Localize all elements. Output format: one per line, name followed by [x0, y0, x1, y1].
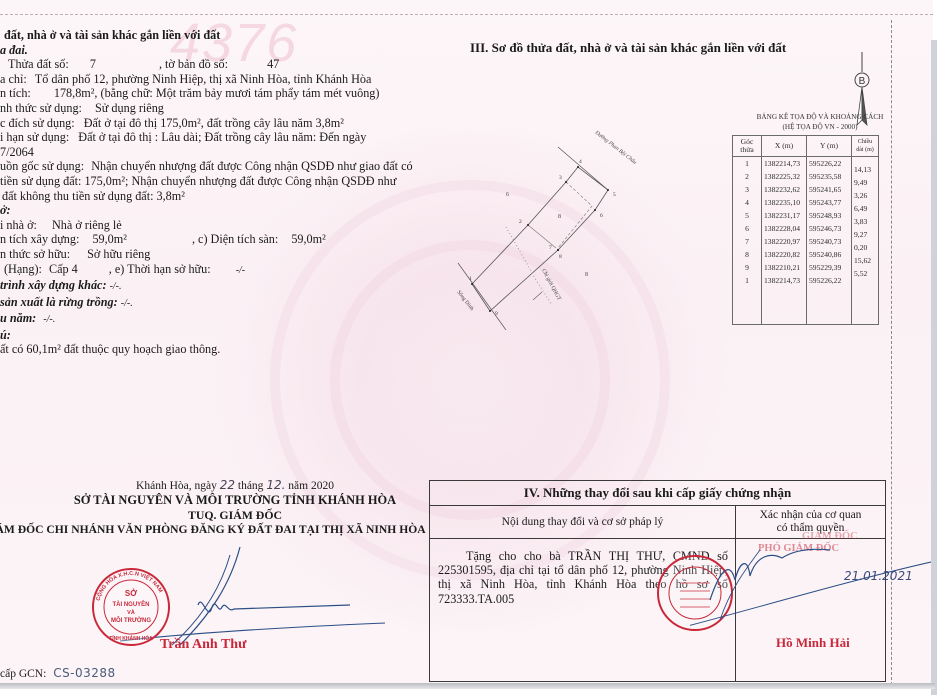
coord-cell-y: 595246,73 — [807, 222, 852, 235]
section-heading: đất, nhà ở và tài sản khác gắn liền với … — [4, 28, 430, 43]
term-row: i hạn sử dụng: Đất ở tại đô thị : Lâu dà… — [0, 130, 430, 145]
coord-cell-y: 595226,22 — [807, 157, 852, 171]
parcel-vertex — [527, 224, 529, 226]
coord-table-row: 61382228,04595246,739,27 — [733, 222, 879, 235]
coord-table-row: 81382220,82595240,8615,62 — [733, 248, 879, 261]
gcn-registry: cấp GCN: CS-03288 — [0, 666, 116, 680]
address-value: Tổ dân phố 12, phường Ninh Hiệp, thị xã … — [35, 72, 372, 86]
coord-cell-y: 595241,65 — [807, 183, 852, 196]
gcn-label: cấp GCN: — [0, 668, 46, 680]
other-construction-label: trình xây dựng khác: — [0, 278, 107, 292]
other-construction-row: trình xây dựng khác: -/-. — [0, 278, 430, 295]
coord-cell-x: 1382228,04 — [762, 222, 807, 235]
map-sheet: 47 — [267, 57, 279, 71]
vertex-label: 5 — [613, 192, 616, 198]
address-label: a chỉ: — [0, 72, 27, 86]
coord-cell-point: 6 — [733, 222, 762, 235]
vertex-label: 2 — [519, 219, 522, 225]
floor-area-value: 59,0m² — [291, 232, 325, 246]
perennial-row: u năm: -/-. — [0, 311, 430, 328]
area-row: n tích: 178,8m², (bằng chữ: Một trăm bảy… — [0, 86, 430, 101]
coord-cell-point: 7 — [733, 235, 762, 248]
coord-cell-x: 1382214,73 — [762, 274, 807, 325]
parcel-center-label: 8 — [558, 214, 561, 220]
coord-cell-point: 3 — [733, 183, 762, 196]
grade-value: Cấp 4 — [49, 262, 78, 276]
build-area-row: n tích xây dựng: 59,0m² , c) Diện tích s… — [0, 232, 430, 247]
issue-month: 12. — [266, 478, 285, 492]
coord-cell-y: 595248,93 — [807, 209, 852, 222]
area-words: (bằng chữ: Một trăm bảy mươi tám phẩy tá… — [101, 86, 380, 100]
col-header-point: Góc thửa — [733, 136, 762, 157]
coord-table-subtitle: (HỆ TỌA ĐỘ VN - 2000) — [745, 122, 895, 132]
ownership-row: n thức sở hữu: Sở hữu riêng — [0, 247, 430, 262]
river-label: Sông Dinh — [455, 290, 474, 313]
perennial-value: -/-. — [43, 314, 55, 325]
coord-cell-length: 15,62 — [852, 248, 879, 261]
seal-line-4: MÔI TRƯỜNG — [111, 616, 151, 624]
coord-cell-y: 595243,77 — [807, 196, 852, 209]
coord-cell-point: 1 — [733, 157, 762, 171]
house-heading: ở: — [0, 203, 430, 218]
coord-cell-point: 4 — [733, 196, 762, 209]
coord-cell-length: 3,26 — [852, 183, 879, 196]
coord-cell-length: 0,20 — [852, 235, 879, 248]
coord-cell-point: 1 — [733, 274, 762, 325]
parcel-vertex — [557, 249, 559, 251]
parcel-vertex — [565, 181, 567, 183]
parcel-number: 7 — [90, 57, 96, 71]
seal-line-3: VÀ — [127, 609, 135, 616]
grade-label: (Hạng): — [4, 262, 42, 276]
street-label: Đường Phan Bội Châu — [593, 130, 638, 166]
north-label: B — [859, 76, 866, 87]
page-bottom-shadow — [0, 683, 935, 689]
forest-row: sản xuất là rừng trồng: -/-. — [0, 295, 430, 312]
coord-cell-y: 595235,58 — [807, 170, 852, 183]
parcel-vertex — [471, 283, 473, 285]
boundary-label: Chỉ giới QHGT — [540, 268, 562, 302]
coord-cell-x: 1382220,97 — [762, 235, 807, 248]
use-form-row: nh thức sử dụng: Sử dụng riêng — [0, 101, 430, 116]
own-term-label: , e) Thời hạn sở hữu: — [109, 262, 211, 276]
coord-cell-length: 9,27 — [852, 222, 879, 235]
vertex-label: 6 — [600, 213, 603, 219]
parcel-vertex — [489, 310, 491, 312]
build-area-value: 59,0m² — [92, 232, 126, 246]
house-type-row: i nhà ở: Nhà ở riêng lẻ — [0, 218, 430, 233]
section-subheading: a đai. — [0, 43, 430, 58]
origin-line-3: đất không thu tiền sử dụng đất: 3,8m² — [2, 189, 430, 204]
seal-bottom-text: TỈNH KHÁNH HÒA — [109, 634, 153, 642]
vertex-label: 3 — [559, 175, 562, 181]
neighbor-left-label: 6 — [506, 192, 509, 198]
coord-table-title: BẢNG KÊ TỌA ĐỘ VÀ KHOẢNG CÁCH (HỆ TỌA ĐỘ… — [745, 112, 895, 132]
coord-cell-y: 595240,73 — [807, 235, 852, 248]
parcel-boundary — [472, 167, 608, 311]
coord-cell-length: 9,49 — [852, 170, 879, 183]
coordinate-table: Góc thửa X (m) Y (m) Chiều dài (m) 11382… — [732, 135, 879, 325]
coord-cell-x: 1382225,32 — [762, 170, 807, 183]
issuing-authority-block: Khánh Hòa, ngày 22 tháng 12. năm 2020 SỞ… — [0, 478, 430, 536]
parcel-row: Thửa đất số: 7 , tờ bản đồ số: 47 — [0, 57, 430, 72]
map-sheet-label: , tờ bản đồ số: — [159, 57, 228, 71]
floor-area-label: , c) Diện tích sàn: — [192, 232, 278, 246]
notes-heading: ú: — [0, 328, 430, 343]
neighbor-right-label: 8 — [585, 272, 588, 278]
forest-value: -/-. — [121, 298, 133, 309]
parcel-vertex — [594, 209, 596, 211]
coord-cell-length — [852, 274, 879, 325]
vertex-label: 7 — [549, 245, 552, 251]
issue-day: 22 — [220, 478, 235, 492]
purpose-value: Đất ở tại đô thị 175,0m², đất trồng cây … — [84, 116, 344, 130]
own-term-value: -/- — [236, 265, 245, 276]
purpose-row: c đích sử dụng: Đất ở tại đô thị 175,0m²… — [0, 116, 430, 131]
house-type-label: i nhà ở: — [0, 218, 37, 232]
address-row: a chỉ: Tổ dân phố 12, phường Ninh Hiệp, … — [0, 72, 430, 87]
land-info-section: đất, nhà ở và tài sản khác gắn liền với … — [0, 28, 430, 357]
ownership-value: Sở hữu riêng — [87, 247, 150, 261]
coord-cell-x: 1382231,17 — [762, 209, 807, 222]
coord-cell-point: 2 — [733, 170, 762, 183]
authority-header-line-1: Xác nhận của cơ quan — [736, 509, 885, 522]
note-text: ất có 60,1m² đất thuộc quy hoạch giao th… — [0, 342, 430, 357]
on-behalf-of: TUQ. GIÁM ĐỐC — [40, 508, 430, 523]
section-iv-title: IV. Những thay đổi sau khi cấp giấy chứn… — [430, 481, 885, 506]
term-value: Đất ở tại đô thị : Lâu dài; Đất trồng câ… — [78, 130, 366, 144]
coord-cell-y: 595240,86 — [807, 248, 852, 261]
origin-line-2: tiền sử dụng đất: 175,0m²; Nhận chuyển n… — [0, 174, 430, 189]
issue-year: năm 2020 — [288, 480, 334, 492]
coord-cell-length: 6,49 — [852, 196, 879, 209]
area-label: n tích: — [0, 86, 31, 100]
coord-cell-x: 1382210,21 — [762, 261, 807, 274]
coord-cell-length: 14,13 — [852, 157, 879, 171]
signer-position: GIÁM ĐỐC CHI NHÁNH VĂN PHÒNG ĐĂNG KÝ ĐẤT… — [0, 523, 430, 536]
month-label: tháng — [238, 480, 264, 492]
term-end: 7/2064 — [0, 145, 430, 160]
coord-table-row: 21382225,32595235,589,49 — [733, 170, 879, 183]
coord-table-row: 11382214,73595226,22 — [733, 274, 879, 325]
col-header-y: Y (m) — [807, 136, 852, 157]
purpose-label: c đích sử dụng: — [0, 116, 75, 130]
vertex-label: 1 — [469, 276, 472, 282]
section-iii-title: III. Sơ đồ thửa đất, nhà ở và tài sản kh… — [470, 40, 786, 56]
signature-right — [690, 530, 933, 630]
seal-line-2: TÀI NGUYÊN — [112, 600, 149, 608]
use-form-label: nh thức sử dụng: — [0, 101, 82, 115]
coord-cell-point: 9 — [733, 261, 762, 274]
issue-date: Khánh Hòa, ngày 22 tháng 12. năm 2020 — [40, 478, 430, 492]
parcel-vertex — [607, 189, 609, 191]
official-seal-left: CỘNG HÒA X.H.C.N VIỆT NAM SỞ TÀI NGUYÊN … — [90, 566, 172, 648]
col-header-length: Chiều dài (m) — [852, 136, 879, 157]
page-edge-shadow — [931, 40, 937, 695]
coord-cell-y: 595229,39 — [807, 261, 852, 274]
date-prefix: Khánh Hòa, ngày — [136, 480, 217, 492]
other-construction-value: -/-. — [110, 281, 122, 292]
coord-table-row: 51382231,17595248,933,83 — [733, 209, 879, 222]
vertex-label: 4 — [579, 159, 582, 165]
perennial-label: u năm: — [0, 311, 36, 325]
issuing-organization: SỞ TÀI NGUYÊN VÀ MÔI TRƯỜNG TỈNH KHÁNH H… — [40, 493, 430, 508]
coord-table-row: 41382235,10595243,776,49 — [733, 196, 879, 209]
term-label: i hạn sử dụng: — [0, 130, 69, 144]
origin-row: uồn gốc sử dụng: Nhận chuyển nhượng đất … — [0, 159, 430, 174]
signer-name-left: Trần Anh Thư — [160, 637, 246, 653]
coord-cell-point: 8 — [733, 248, 762, 261]
area-value: 178,8m², — [54, 86, 98, 100]
coord-cell-length: 3,83 — [852, 209, 879, 222]
signer-name-right: Hồ Minh Hải — [776, 635, 850, 651]
coord-cell-x: 1382214,73 — [762, 157, 807, 171]
gcn-number: CS-03288 — [53, 666, 116, 680]
coord-cell-point: 5 — [733, 209, 762, 222]
coord-cell-y: 595226,22 — [807, 274, 852, 325]
coord-cell-length: 5,52 — [852, 261, 879, 274]
vertex-label: 8 — [559, 254, 562, 260]
vertex-label: 9 — [495, 311, 498, 317]
coord-cell-x: 1382235,10 — [762, 196, 807, 209]
forest-label: sản xuất là rừng trồng: — [0, 295, 118, 309]
col-header-x: X (m) — [762, 136, 807, 157]
coord-table-row: 11382214,73595226,2214,13 — [733, 157, 879, 171]
certificate-page: 4376 đất, nhà ở và tài sản khác gắn liền… — [0, 0, 933, 688]
origin-label: uồn gốc sử dụng: — [0, 159, 84, 173]
coord-table-title-text: BẢNG KÊ TỌA ĐỘ VÀ KHOẢNG CÁCH — [745, 112, 895, 122]
street-edge-line — [558, 147, 608, 190]
coord-cell-x: 1382232,62 — [762, 183, 807, 196]
seal-line-1: SỞ — [125, 589, 137, 598]
build-area-label: n tích xây dựng: — [0, 232, 79, 246]
ownership-label: n thức sở hữu: — [0, 247, 70, 261]
origin-line-1: Nhận chuyển nhượng đất được Công nhận QS… — [91, 159, 412, 173]
coord-cell-x: 1382220,82 — [762, 248, 807, 261]
coord-table-row: 91382210,21595229,395,52 — [733, 261, 879, 274]
parcel-vertex — [577, 166, 579, 168]
top-rule — [0, 14, 933, 15]
parcel-diagram: Đường Phan Bội Châu Sông Dinh Chỉ giới Q… — [440, 130, 640, 330]
coord-table-row: 31382232,62595241,653,26 — [733, 183, 879, 196]
grade-row: (Hạng): Cấp 4 , e) Thời hạn sở hữu: -/- — [0, 262, 430, 279]
use-form-value: Sử dụng riêng — [95, 101, 164, 115]
coord-table-row: 71382220,97595240,730,20 — [733, 235, 879, 248]
house-type-value: Nhà ở riêng lẻ — [52, 218, 122, 232]
parcel-number-label: Thửa đất số: — [8, 57, 69, 71]
